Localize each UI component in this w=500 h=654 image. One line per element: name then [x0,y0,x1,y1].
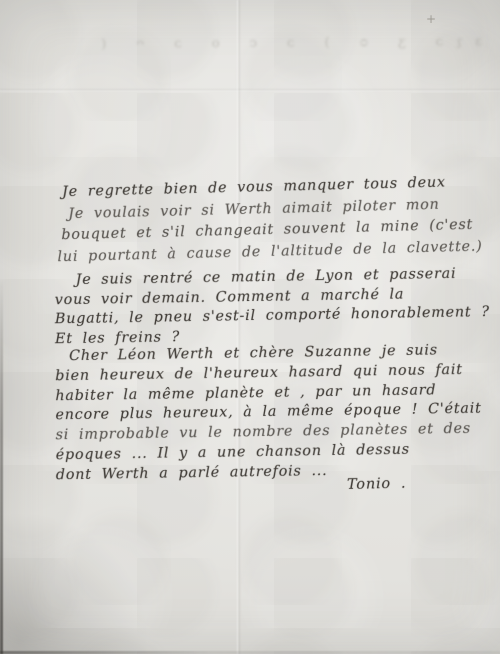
signature: Tonio . [347,476,407,493]
letter-body: Je regrette bien de vous manquer tous de… [0,0,500,654]
letter-paragraph-3: Cher Léon Werth et chère Suzanne je suis… [55,345,486,486]
letter-paragraph-1: Je regrette bien de vous manquer tous de… [54,180,485,269]
letter-paragraph-2: Je suis rentré ce matin de Lyon et passe… [55,269,485,350]
scanned-letter-page: ɜʅɔ ʒ ᴑ ) ɔ c o ɔ ᴖ ( + Je regrette bien… [0,0,500,654]
